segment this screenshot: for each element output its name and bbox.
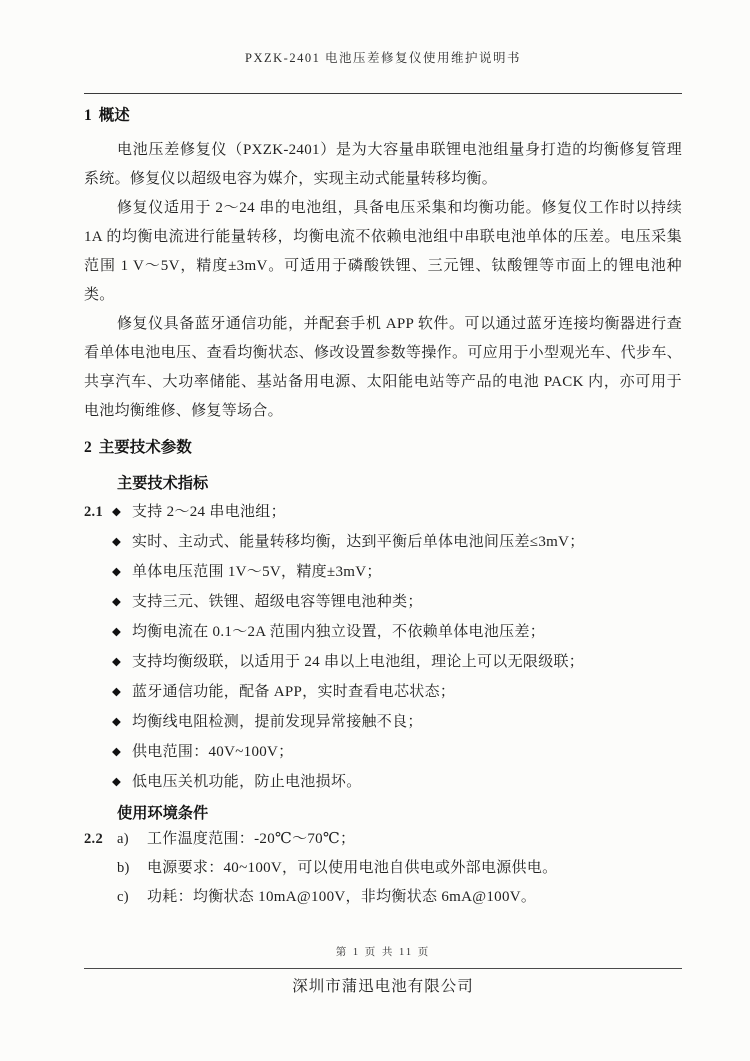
spec-item-text: 支持三元、铁锂、超级电容等锂电池种类；	[132, 588, 682, 617]
spec-item: 2.1 ◆ 支持 2～24 串电池组；	[84, 498, 682, 528]
env-item-text: 工作温度范围：-20℃～70℃；	[147, 825, 682, 854]
document-title: PXZK-2401 电池压差修复仪使用维护说明书	[84, 50, 682, 66]
company-name: 深圳市蒲迅电池有限公司	[84, 977, 682, 997]
spec-item: ◆ 单体电压范围 1V～5V，精度±3mV；	[84, 558, 682, 588]
spec-item-text: 蓝牙通信功能，配备 APP，实时查看电芯状态；	[132, 678, 682, 707]
diamond-bullet-icon: ◆	[112, 558, 132, 587]
section-1-title: 概述	[99, 107, 130, 124]
spec-item-text: 均衡电流在 0.1～2A 范围内独立设置，不依赖单体电池压差；	[132, 618, 682, 647]
spec-item: ◆ 供电范围：40V~100V；	[84, 738, 682, 768]
technical-indicators-heading: 主要技术指标	[117, 473, 682, 495]
diamond-bullet-icon: ◆	[112, 618, 132, 647]
env-item-text: 电源要求：40~100V，可以使用电池自供电或外部电源供电。	[147, 854, 682, 883]
spec-item: ◆ 支持均衡级联，以适用于 24 串以上电池组，理论上可以无限级联；	[84, 648, 682, 678]
env-item-text: 功耗：均衡状态 10mA@100V，非均衡状态 6mA@100V。	[147, 883, 682, 912]
diamond-bullet-icon: ◆	[112, 498, 132, 527]
env-item: c) 功耗：均衡状态 10mA@100V，非均衡状态 6mA@100V。	[84, 883, 682, 912]
spec-item-text: 实时、主动式、能量转移均衡，达到平衡后单体电池间压差≤3mV；	[132, 528, 682, 557]
spec-item-text: 低电压关机功能，防止电池损坏。	[132, 768, 682, 797]
spec-item-text: 支持 2～24 串电池组；	[132, 498, 682, 527]
env-item: b) 电源要求：40~100V，可以使用电池自供电或外部电源供电。	[84, 854, 682, 883]
header-divider	[84, 93, 682, 94]
spec-item-text: 单体电压范围 1V～5V，精度±3mV；	[132, 558, 682, 587]
diamond-bullet-icon: ◆	[112, 738, 132, 767]
footer-divider	[84, 968, 682, 969]
env-item-label: b)	[117, 854, 147, 883]
diamond-bullet-icon: ◆	[112, 588, 132, 617]
spec-item: ◆ 均衡电流在 0.1～2A 范围内独立设置，不依赖单体电池压差；	[84, 618, 682, 648]
environment-conditions-heading: 使用环境条件	[117, 803, 682, 825]
page-number-info: 第 1 页 共 11 页	[84, 946, 682, 960]
spec-item-text: 支持均衡级联，以适用于 24 串以上电池组，理论上可以无限级联；	[132, 648, 682, 677]
environment-conditions-list: 2.2 a) 工作温度范围：-20℃～70℃； b) 电源要求：40~100V，…	[84, 825, 682, 912]
overview-paragraph-2: 修复仪适用于 2～24 串的电池组，具备电压采集和均衡功能。修复仪工作时以持续 …	[84, 194, 682, 310]
clause-2-1-number: 2.1	[84, 498, 112, 527]
technical-indicators-list: 2.1 ◆ 支持 2～24 串电池组； ◆ 实时、主动式、能量转移均衡，达到平衡…	[84, 498, 682, 798]
overview-paragraph-3: 修复仪具备蓝牙通信功能，并配套手机 APP 软件。可以通过蓝牙连接均衡器进行查看…	[84, 310, 682, 426]
section-2-number: 2	[84, 439, 92, 456]
spec-item: ◆ 实时、主动式、能量转移均衡，达到平衡后单体电池间压差≤3mV；	[84, 528, 682, 558]
clause-2-2-number: 2.2	[84, 825, 117, 854]
diamond-bullet-icon: ◆	[112, 648, 132, 677]
spec-item-text: 均衡线电阻检测，提前发现异常接触不良；	[132, 708, 682, 737]
spec-item: ◆ 低电压关机功能，防止电池损坏。	[84, 768, 682, 798]
env-item: 2.2 a) 工作温度范围：-20℃～70℃；	[84, 825, 682, 854]
document-page: PXZK-2401 电池压差修复仪使用维护说明书 1概述 电池压差修复仪（PXZ…	[0, 0, 750, 1061]
env-item-label: c)	[117, 883, 147, 912]
spec-item: ◆ 支持三元、铁锂、超级电容等锂电池种类；	[84, 588, 682, 618]
spec-item: ◆ 均衡线电阻检测，提前发现异常接触不良；	[84, 708, 682, 738]
section-1-number: 1	[84, 107, 92, 124]
diamond-bullet-icon: ◆	[112, 708, 132, 737]
diamond-bullet-icon: ◆	[112, 528, 132, 557]
page-header: PXZK-2401 电池压差修复仪使用维护说明书	[84, 50, 682, 94]
diamond-bullet-icon: ◆	[112, 678, 132, 707]
section-2-title: 主要技术参数	[99, 439, 192, 456]
overview-paragraph-1: 电池压差修复仪（PXZK-2401）是为大容量串联锂电池组量身打造的均衡修复管理…	[84, 136, 682, 194]
section-2-heading: 2主要技术参数	[84, 437, 682, 459]
env-item-label: a)	[117, 825, 147, 854]
page-footer: 第 1 页 共 11 页 深圳市蒲迅电池有限公司	[84, 946, 682, 997]
spec-item-text: 供电范围：40V~100V；	[132, 738, 682, 767]
section-1-heading: 1概述	[84, 105, 682, 127]
diamond-bullet-icon: ◆	[112, 768, 132, 797]
spec-item: ◆ 蓝牙通信功能，配备 APP，实时查看电芯状态；	[84, 678, 682, 708]
